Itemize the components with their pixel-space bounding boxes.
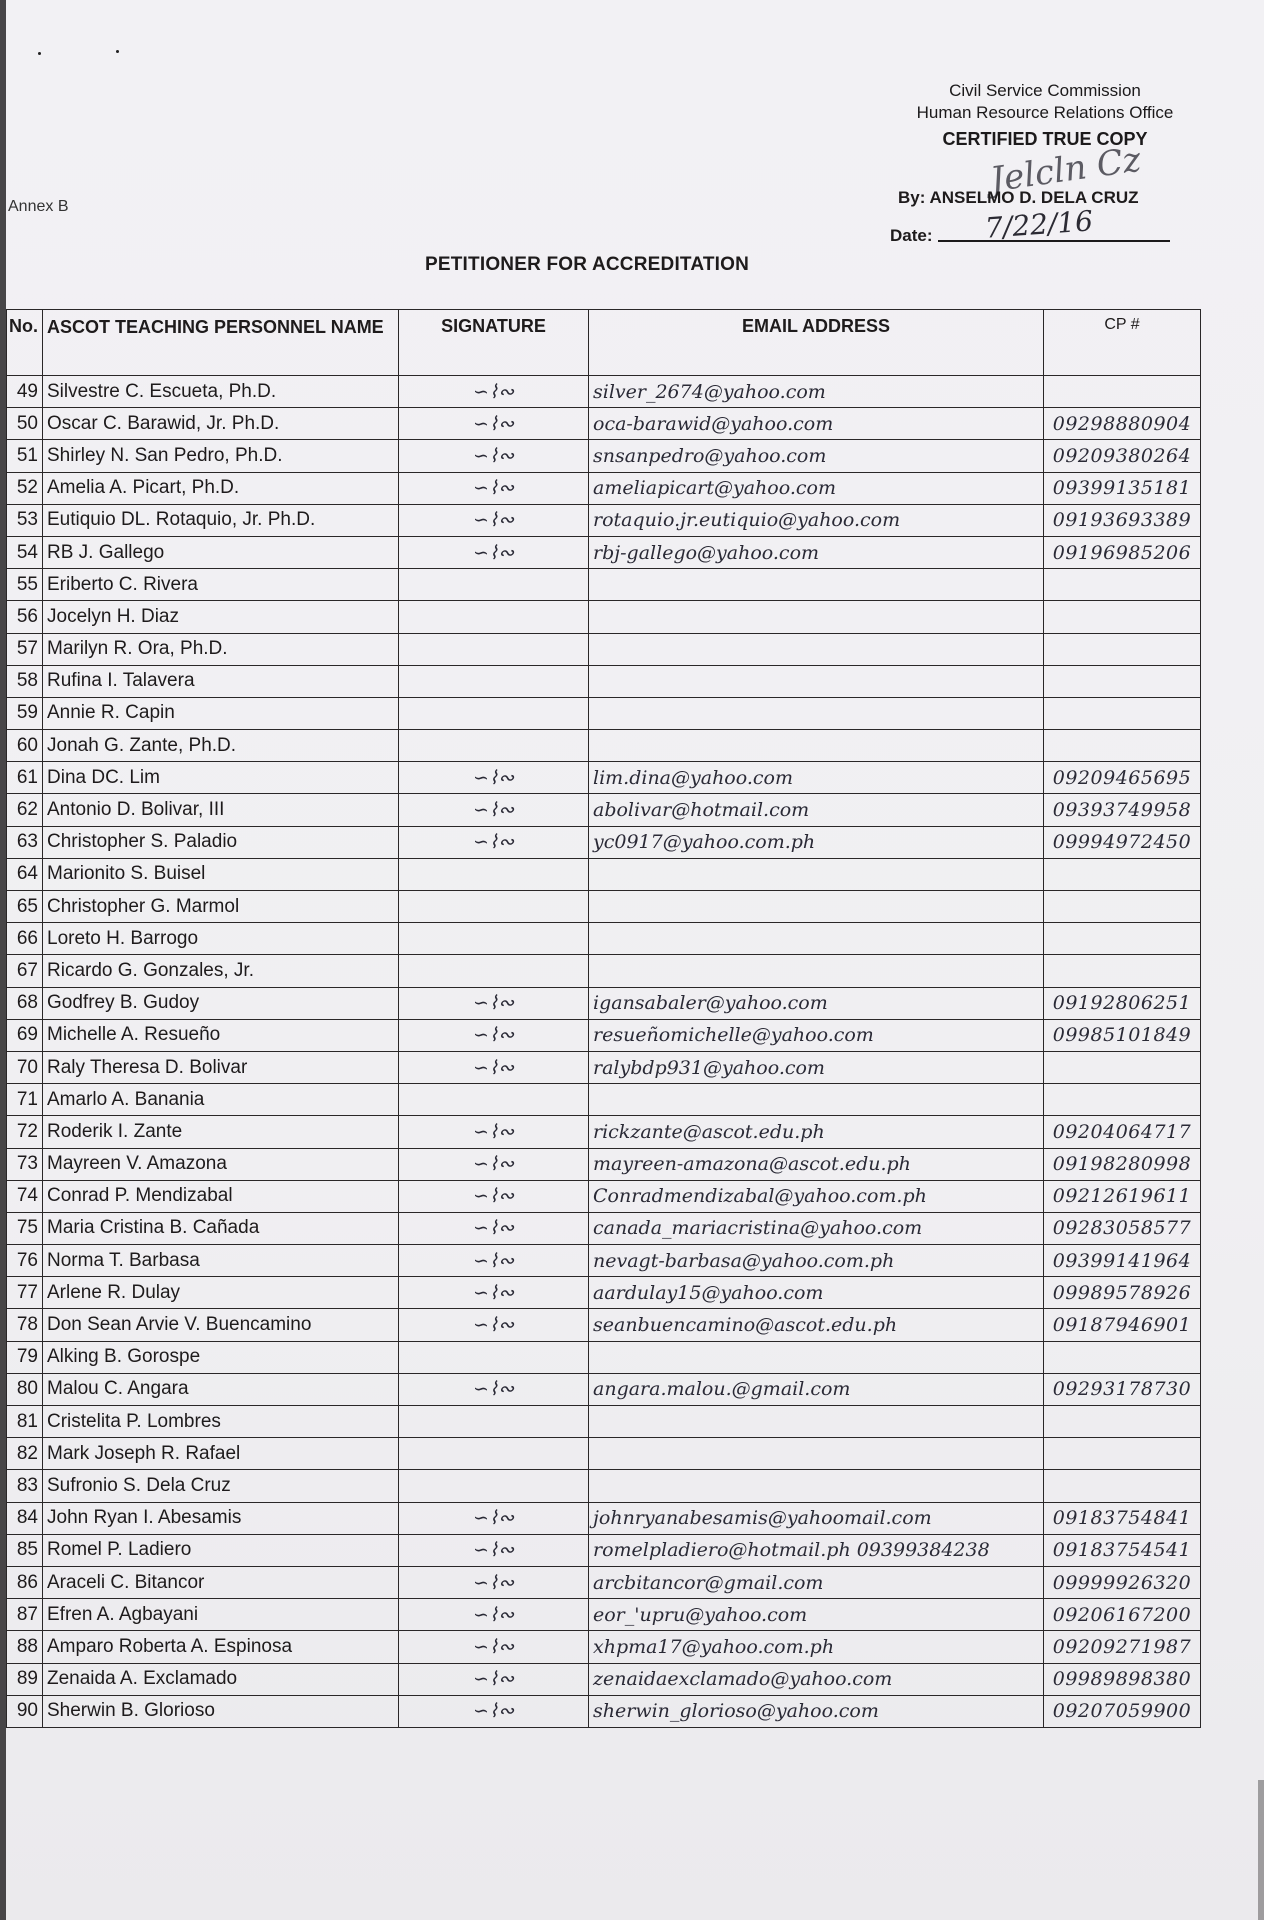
personnel-name: Loreto H. Barrogo <box>43 923 399 955</box>
handwritten-signature-icon: ∽⌇∾ <box>473 799 514 821</box>
scan-speck <box>38 52 41 55</box>
email-address <box>589 955 1044 987</box>
row-number: 85 <box>7 1534 43 1566</box>
cellphone-number <box>1044 1051 1201 1083</box>
email-address: arcbitancor@gmail.com <box>589 1566 1044 1598</box>
personnel-name: Alking B. Gorospe <box>43 1341 399 1373</box>
handwritten-signature-icon: ∽⌇∾ <box>473 1539 514 1561</box>
personnel-name: Amelia A. Picart, Ph.D. <box>43 472 399 504</box>
table-row: 81Cristelita P. Lombres <box>7 1406 1201 1438</box>
email-address <box>589 891 1044 923</box>
row-number: 57 <box>7 633 43 665</box>
row-number: 88 <box>7 1631 43 1663</box>
table-row: 64Marionito S. Buisel <box>7 858 1201 890</box>
table-row: 52Amelia A. Picart, Ph.D.∽⌇∾ameliapicart… <box>7 472 1201 504</box>
personnel-name: Norma T. Barbasa <box>43 1245 399 1277</box>
certification-date: 7/22/16 <box>984 204 1094 244</box>
certified-by: By: ANSELMO D. DELA CRUZ <box>898 188 1139 208</box>
email-address <box>589 923 1044 955</box>
signature-cell <box>399 1406 589 1438</box>
cellphone-number <box>1044 633 1201 665</box>
cellphone-number: 09196985206 <box>1044 536 1201 568</box>
email-address <box>589 1084 1044 1116</box>
personnel-name: Jonah G. Zante, Ph.D. <box>43 730 399 762</box>
table-row: 87Efren A. Agbayani∽⌇∾eor_'upru@yahoo.co… <box>7 1599 1201 1631</box>
email-address <box>589 697 1044 729</box>
row-number: 68 <box>7 987 43 1019</box>
row-number: 89 <box>7 1663 43 1695</box>
email-address: yc0917@yahoo.com.ph <box>589 826 1044 858</box>
signature-cell <box>399 601 589 633</box>
table-row: 55Eriberto C. Rivera <box>7 569 1201 601</box>
row-number: 81 <box>7 1406 43 1438</box>
email-address: rotaquio.jr.eutiquio@yahoo.com <box>589 504 1044 536</box>
cellphone-number: 09183754841 <box>1044 1502 1201 1534</box>
handwritten-signature-icon: ∽⌇∾ <box>473 381 514 403</box>
cellphone-number: 09206167200 <box>1044 1599 1201 1631</box>
table-row: 90Sherwin B. Glorioso∽⌇∾sherwin_glorioso… <box>7 1695 1201 1727</box>
personnel-name: Annie R. Capin <box>43 697 399 729</box>
row-number: 77 <box>7 1277 43 1309</box>
signature-cell <box>399 665 589 697</box>
cellphone-number: 09183754541 <box>1044 1534 1201 1566</box>
row-number: 53 <box>7 504 43 536</box>
table-row: 73Mayreen V. Amazona∽⌇∾mayreen-amazona@a… <box>7 1148 1201 1180</box>
table-row: 60Jonah G. Zante, Ph.D. <box>7 730 1201 762</box>
signature-cell: ∽⌇∾ <box>399 1180 589 1212</box>
personnel-name: Michelle A. Resueño <box>43 1019 399 1051</box>
signature-cell: ∽⌇∾ <box>399 1599 589 1631</box>
signature-cell: ∽⌇∾ <box>399 987 589 1019</box>
signature-cell <box>399 1341 589 1373</box>
cellphone-number: 09192806251 <box>1044 987 1201 1019</box>
petitioner-table: No. ASCOT TEACHING PERSONNEL NAME SIGNAT… <box>6 309 1201 1728</box>
signature-cell: ∽⌇∾ <box>399 1116 589 1148</box>
row-number: 54 <box>7 536 43 568</box>
signature-cell: ∽⌇∾ <box>399 1212 589 1244</box>
org-line-2: Human Resource Relations Office <box>880 102 1210 124</box>
signature-cell: ∽⌇∾ <box>399 408 589 440</box>
email-address <box>589 569 1044 601</box>
cellphone-number <box>1044 891 1201 923</box>
certified-true-copy-label: CERTIFIED TRUE COPY <box>880 126 1210 152</box>
handwritten-signature-icon: ∽⌇∾ <box>473 1250 514 1272</box>
signature-cell: ∽⌇∾ <box>399 1019 589 1051</box>
personnel-name: John Ryan I. Abesamis <box>43 1502 399 1534</box>
handwritten-signature-icon: ∽⌇∾ <box>473 1314 514 1336</box>
table-row: 70Raly Theresa D. Bolivar∽⌇∾ralybdp931@y… <box>7 1051 1201 1083</box>
personnel-name: Eriberto C. Rivera <box>43 569 399 601</box>
signature-cell: ∽⌇∾ <box>399 1695 589 1727</box>
row-number: 59 <box>7 697 43 729</box>
date-label: Date: <box>890 226 933 246</box>
table-row: 61Dina DC. Lim∽⌇∾lim.dina@yahoo.com09209… <box>7 762 1201 794</box>
personnel-name: Shirley N. San Pedro, Ph.D. <box>43 440 399 472</box>
personnel-name: Antonio D. Bolivar, III <box>43 794 399 826</box>
personnel-name: Mark Joseph R. Rafael <box>43 1438 399 1470</box>
cellphone-number: 09209380264 <box>1044 440 1201 472</box>
signature-cell: ∽⌇∾ <box>399 794 589 826</box>
signature-cell: ∽⌇∾ <box>399 1245 589 1277</box>
cellphone-number: 09399135181 <box>1044 472 1201 504</box>
handwritten-signature-icon: ∽⌇∾ <box>473 1636 514 1658</box>
row-number: 78 <box>7 1309 43 1341</box>
table-row: 62Antonio D. Bolivar, III∽⌇∾abolivar@hot… <box>7 794 1201 826</box>
table-row: 67Ricardo G. Gonzales, Jr. <box>7 955 1201 987</box>
signature-cell: ∽⌇∾ <box>399 440 589 472</box>
table-row: 75Maria Cristina B. Cañada∽⌇∾canada_mari… <box>7 1212 1201 1244</box>
cellphone-number: 09989578926 <box>1044 1277 1201 1309</box>
signature-cell <box>399 891 589 923</box>
personnel-name: Sufronio S. Dela Cruz <box>43 1470 399 1502</box>
cellphone-number <box>1044 730 1201 762</box>
handwritten-signature-icon: ∽⌇∾ <box>473 1024 514 1046</box>
email-address: canada_mariacristina@yahoo.com <box>589 1212 1044 1244</box>
table-row: 86Araceli C. Bitancor∽⌇∾arcbitancor@gmai… <box>7 1566 1201 1598</box>
table-row: 82Mark Joseph R. Rafael <box>7 1438 1201 1470</box>
cellphone-number: 09198280998 <box>1044 1148 1201 1180</box>
email-address: resueñomichelle@yahoo.com <box>589 1019 1044 1051</box>
signature-cell: ∽⌇∾ <box>399 1534 589 1566</box>
certification-stamp: Civil Service Commission Human Resource … <box>880 80 1210 152</box>
cellphone-number <box>1044 1341 1201 1373</box>
scan-edge-right <box>1258 1780 1264 1920</box>
table-row: 88Amparo Roberta A. Espinosa∽⌇∾xhpma17@y… <box>7 1631 1201 1663</box>
email-address: rickzante@ascot.edu.ph <box>589 1116 1044 1148</box>
cellphone-number <box>1044 1406 1201 1438</box>
email-address: angara.malou.@gmail.com <box>589 1373 1044 1405</box>
signature-cell: ∽⌇∾ <box>399 376 589 408</box>
cellphone-number <box>1044 569 1201 601</box>
handwritten-signature-icon: ∽⌇∾ <box>473 1185 514 1207</box>
personnel-name: Arlene R. Dulay <box>43 1277 399 1309</box>
email-address <box>589 1470 1044 1502</box>
email-address: mayreen-amazona@ascot.edu.ph <box>589 1148 1044 1180</box>
signature-cell: ∽⌇∾ <box>399 826 589 858</box>
handwritten-signature-icon: ∽⌇∾ <box>473 542 514 564</box>
row-number: 56 <box>7 601 43 633</box>
signature-cell: ∽⌇∾ <box>399 1663 589 1695</box>
handwritten-signature-icon: ∽⌇∾ <box>473 413 514 435</box>
email-address: lim.dina@yahoo.com <box>589 762 1044 794</box>
handwritten-signature-icon: ∽⌇∾ <box>473 1217 514 1239</box>
table-header-row: No. ASCOT TEACHING PERSONNEL NAME SIGNAT… <box>7 310 1201 376</box>
row-number: 61 <box>7 762 43 794</box>
cellphone-number <box>1044 665 1201 697</box>
row-number: 63 <box>7 826 43 858</box>
row-number: 87 <box>7 1599 43 1631</box>
row-number: 52 <box>7 472 43 504</box>
email-address <box>589 665 1044 697</box>
personnel-name: Cristelita P. Lombres <box>43 1406 399 1438</box>
row-number: 70 <box>7 1051 43 1083</box>
table-row: 56Jocelyn H. Diaz <box>7 601 1201 633</box>
cellphone-number <box>1044 955 1201 987</box>
personnel-name: Godfrey B. Gudoy <box>43 987 399 1019</box>
cellphone-number: 09298880904 <box>1044 408 1201 440</box>
cellphone-number: 09994972450 <box>1044 826 1201 858</box>
row-number: 72 <box>7 1116 43 1148</box>
handwritten-signature-icon: ∽⌇∾ <box>473 445 514 467</box>
personnel-name: Araceli C. Bitancor <box>43 1566 399 1598</box>
row-number: 73 <box>7 1148 43 1180</box>
row-number: 49 <box>7 376 43 408</box>
table-row: 69Michelle A. Resueño∽⌇∾resueñomichelle@… <box>7 1019 1201 1051</box>
personnel-name: Dina DC. Lim <box>43 762 399 794</box>
cellphone-number: 09209271987 <box>1044 1631 1201 1663</box>
email-address: aardulay15@yahoo.com <box>589 1277 1044 1309</box>
document-title: PETITIONER FOR ACCREDITATION <box>425 254 749 276</box>
header-signature: SIGNATURE <box>399 310 589 376</box>
signature-cell <box>399 633 589 665</box>
table-row: 74Conrad P. Mendizabal∽⌇∾Conradmendizaba… <box>7 1180 1201 1212</box>
cellphone-number <box>1044 376 1201 408</box>
signature-cell: ∽⌇∾ <box>399 472 589 504</box>
header-email: EMAIL ADDRESS <box>589 310 1044 376</box>
personnel-name: Zenaida A. Exclamado <box>43 1663 399 1695</box>
email-address: snsanpedro@yahoo.com <box>589 440 1044 472</box>
scan-speck <box>116 50 119 53</box>
table-row: 59Annie R. Capin <box>7 697 1201 729</box>
personnel-name: Ricardo G. Gonzales, Jr. <box>43 955 399 987</box>
row-number: 82 <box>7 1438 43 1470</box>
table-row: 89Zenaida A. Exclamado∽⌇∾zenaidaexclamad… <box>7 1663 1201 1695</box>
personnel-name: Malou C. Angara <box>43 1373 399 1405</box>
row-number: 66 <box>7 923 43 955</box>
signature-cell <box>399 697 589 729</box>
personnel-name: Christopher G. Marmol <box>43 891 399 923</box>
header-no: No. <box>7 310 43 376</box>
personnel-name: Eutiquio DL. Rotaquio, Jr. Ph.D. <box>43 504 399 536</box>
personnel-name: Raly Theresa D. Bolivar <box>43 1051 399 1083</box>
email-address <box>589 633 1044 665</box>
handwritten-signature-icon: ∽⌇∾ <box>473 1700 514 1722</box>
personnel-name: RB J. Gallego <box>43 536 399 568</box>
org-line-1: Civil Service Commission <box>880 80 1210 102</box>
table-row: 51Shirley N. San Pedro, Ph.D.∽⌇∾snsanped… <box>7 440 1201 472</box>
table-row: 80Malou C. Angara∽⌇∾angara.malou.@gmail.… <box>7 1373 1201 1405</box>
email-address: seanbuencamino@ascot.edu.ph <box>589 1309 1044 1341</box>
personnel-name: Silvestre C. Escueta, Ph.D. <box>43 376 399 408</box>
email-address: rbj-gallego@yahoo.com <box>589 536 1044 568</box>
table-row: 50Oscar C. Barawid, Jr. Ph.D.∽⌇∾oca-bara… <box>7 408 1201 440</box>
cellphone-number: 09989898380 <box>1044 1663 1201 1695</box>
email-address: abolivar@hotmail.com <box>589 794 1044 826</box>
cellphone-number <box>1044 1470 1201 1502</box>
cellphone-number: 09212619611 <box>1044 1180 1201 1212</box>
table-row: 58Rufina I. Talavera <box>7 665 1201 697</box>
email-address: oca-barawid@yahoo.com <box>589 408 1044 440</box>
cellphone-number <box>1044 1084 1201 1116</box>
personnel-name: Amarlo A. Banania <box>43 1084 399 1116</box>
handwritten-signature-icon: ∽⌇∾ <box>473 1282 514 1304</box>
table-row: 76Norma T. Barbasa∽⌇∾nevagt-barbasa@yaho… <box>7 1245 1201 1277</box>
email-address: silver_2674@yahoo.com <box>589 376 1044 408</box>
cellphone-number <box>1044 923 1201 955</box>
personnel-name: Romel P. Ladiero <box>43 1534 399 1566</box>
row-number: 69 <box>7 1019 43 1051</box>
row-number: 51 <box>7 440 43 472</box>
table-row: 65Christopher G. Marmol <box>7 891 1201 923</box>
cellphone-number <box>1044 1438 1201 1470</box>
cellphone-number: 09293178730 <box>1044 1373 1201 1405</box>
handwritten-signature-icon: ∽⌇∾ <box>473 992 514 1014</box>
personnel-name: Conrad P. Mendizabal <box>43 1180 399 1212</box>
handwritten-signature-icon: ∽⌇∾ <box>473 1153 514 1175</box>
cellphone-number: 09283058577 <box>1044 1212 1201 1244</box>
signature-cell: ∽⌇∾ <box>399 1566 589 1598</box>
personnel-name: Oscar C. Barawid, Jr. Ph.D. <box>43 408 399 440</box>
signature-cell: ∽⌇∾ <box>399 762 589 794</box>
table-row: 79Alking B. Gorospe <box>7 1341 1201 1373</box>
email-address: zenaidaexclamado@yahoo.com <box>589 1663 1044 1695</box>
signature-cell <box>399 1084 589 1116</box>
table-row: 54RB J. Gallego∽⌇∾rbj-gallego@yahoo.com0… <box>7 536 1201 568</box>
personnel-name: Efren A. Agbayani <box>43 1599 399 1631</box>
signature-cell: ∽⌇∾ <box>399 536 589 568</box>
row-number: 83 <box>7 1470 43 1502</box>
table-row: 83Sufronio S. Dela Cruz <box>7 1470 1201 1502</box>
signature-cell <box>399 569 589 601</box>
signature-cell <box>399 730 589 762</box>
row-number: 84 <box>7 1502 43 1534</box>
email-address: igansabaler@yahoo.com <box>589 987 1044 1019</box>
table-row: 71Amarlo A. Banania <box>7 1084 1201 1116</box>
handwritten-signature-icon: ∽⌇∾ <box>473 767 514 789</box>
signature-cell <box>399 1470 589 1502</box>
signature-cell: ∽⌇∾ <box>399 1148 589 1180</box>
handwritten-signature-icon: ∽⌇∾ <box>473 1604 514 1626</box>
handwritten-signature-icon: ∽⌇∾ <box>473 1057 514 1079</box>
table-row: 78Don Sean Arvie V. Buencamino∽⌇∾seanbue… <box>7 1309 1201 1341</box>
email-address: ameliapicart@yahoo.com <box>589 472 1044 504</box>
table-row: 68Godfrey B. Gudoy∽⌇∾igansabaler@yahoo.c… <box>7 987 1201 1019</box>
email-address: eor_'upru@yahoo.com <box>589 1599 1044 1631</box>
signature-cell <box>399 923 589 955</box>
row-number: 79 <box>7 1341 43 1373</box>
signature-cell: ∽⌇∾ <box>399 504 589 536</box>
email-address <box>589 858 1044 890</box>
row-number: 75 <box>7 1212 43 1244</box>
signature-cell: ∽⌇∾ <box>399 1051 589 1083</box>
row-number: 60 <box>7 730 43 762</box>
handwritten-signature-icon: ∽⌇∾ <box>473 509 514 531</box>
cellphone-number: 09393749958 <box>1044 794 1201 826</box>
email-address: Conradmendizabal@yahoo.com.ph <box>589 1180 1044 1212</box>
row-number: 64 <box>7 858 43 890</box>
email-address <box>589 601 1044 633</box>
handwritten-signature-icon: ∽⌇∾ <box>473 1121 514 1143</box>
cellphone-number: 09204064717 <box>1044 1116 1201 1148</box>
email-address: ralybdp931@yahoo.com <box>589 1051 1044 1083</box>
table-row: 72Roderik I. Zante∽⌇∾rickzante@ascot.edu… <box>7 1116 1201 1148</box>
row-number: 67 <box>7 955 43 987</box>
table-row: 57Marilyn R. Ora, Ph.D. <box>7 633 1201 665</box>
signature-cell <box>399 1438 589 1470</box>
signature-cell: ∽⌇∾ <box>399 1502 589 1534</box>
handwritten-signature-icon: ∽⌇∾ <box>473 1507 514 1529</box>
handwritten-signature-icon: ∽⌇∾ <box>473 477 514 499</box>
personnel-name: Christopher S. Paladio <box>43 826 399 858</box>
table-row: 63Christopher S. Paladio∽⌇∾yc0917@yahoo.… <box>7 826 1201 858</box>
personnel-name: Amparo Roberta A. Espinosa <box>43 1631 399 1663</box>
header-cp: CP # <box>1044 310 1201 376</box>
table-row: 77Arlene R. Dulay∽⌇∾aardulay15@yahoo.com… <box>7 1277 1201 1309</box>
cellphone-number: 09187946901 <box>1044 1309 1201 1341</box>
signature-cell: ∽⌇∾ <box>399 1277 589 1309</box>
row-number: 65 <box>7 891 43 923</box>
cellphone-number <box>1044 601 1201 633</box>
handwritten-signature-icon: ∽⌇∾ <box>473 1668 514 1690</box>
personnel-name: Don Sean Arvie V. Buencamino <box>43 1309 399 1341</box>
row-number: 76 <box>7 1245 43 1277</box>
table-row: 66Loreto H. Barrogo <box>7 923 1201 955</box>
personnel-name: Sherwin B. Glorioso <box>43 1695 399 1727</box>
cellphone-number: 09207059900 <box>1044 1695 1201 1727</box>
email-address: xhpma17@yahoo.com.ph <box>589 1631 1044 1663</box>
handwritten-signature-icon: ∽⌇∾ <box>473 1572 514 1594</box>
signature-cell <box>399 955 589 987</box>
table-row: 84John Ryan I. Abesamis∽⌇∾johnryanabesam… <box>7 1502 1201 1534</box>
row-number: 80 <box>7 1373 43 1405</box>
annex-label: Annex B <box>8 198 68 216</box>
email-address: johnryanabesamis@yahoomail.com <box>589 1502 1044 1534</box>
row-number: 90 <box>7 1695 43 1727</box>
table-row: 49Silvestre C. Escueta, Ph.D.∽⌇∾silver_2… <box>7 376 1201 408</box>
cellphone-number: 09209465695 <box>1044 762 1201 794</box>
row-number: 58 <box>7 665 43 697</box>
row-number: 86 <box>7 1566 43 1598</box>
signature-cell: ∽⌇∾ <box>399 1631 589 1663</box>
personnel-name: Rufina I. Talavera <box>43 665 399 697</box>
email-address <box>589 1341 1044 1373</box>
personnel-name: Maria Cristina B. Cañada <box>43 1212 399 1244</box>
personnel-name: Mayreen V. Amazona <box>43 1148 399 1180</box>
cellphone-number: 09985101849 <box>1044 1019 1201 1051</box>
signature-cell: ∽⌇∾ <box>399 1309 589 1341</box>
email-address <box>589 730 1044 762</box>
handwritten-signature-icon: ∽⌇∾ <box>473 831 514 853</box>
email-address: romelpladiero@hotmail.ph 09399384238 <box>589 1534 1044 1566</box>
personnel-name: Roderik I. Zante <box>43 1116 399 1148</box>
table-body: 49Silvestre C. Escueta, Ph.D.∽⌇∾silver_2… <box>7 376 1201 1728</box>
table-row: 85Romel P. Ladiero∽⌇∾romelpladiero@hotma… <box>7 1534 1201 1566</box>
scanned-document: Civil Service Commission Human Resource … <box>0 0 1264 1920</box>
email-address <box>589 1406 1044 1438</box>
header-name: ASCOT TEACHING PERSONNEL NAME <box>43 310 399 376</box>
date-underline <box>938 240 1170 242</box>
row-number: 74 <box>7 1180 43 1212</box>
row-number: 50 <box>7 408 43 440</box>
row-number: 62 <box>7 794 43 826</box>
email-address <box>589 1438 1044 1470</box>
cellphone-number <box>1044 697 1201 729</box>
row-number: 71 <box>7 1084 43 1116</box>
signature-cell <box>399 858 589 890</box>
cellphone-number: 09999926320 <box>1044 1566 1201 1598</box>
email-address: nevagt-barbasa@yahoo.com.ph <box>589 1245 1044 1277</box>
cellphone-number <box>1044 858 1201 890</box>
row-number: 55 <box>7 569 43 601</box>
email-address: sherwin_glorioso@yahoo.com <box>589 1695 1044 1727</box>
table-row: 53Eutiquio DL. Rotaquio, Jr. Ph.D.∽⌇∾rot… <box>7 504 1201 536</box>
personnel-name: Marionito S. Buisel <box>43 858 399 890</box>
personnel-name: Jocelyn H. Diaz <box>43 601 399 633</box>
cellphone-number: 09193693389 <box>1044 504 1201 536</box>
handwritten-signature-icon: ∽⌇∾ <box>473 1378 514 1400</box>
signature-cell: ∽⌇∾ <box>399 1373 589 1405</box>
personnel-name: Marilyn R. Ora, Ph.D. <box>43 633 399 665</box>
